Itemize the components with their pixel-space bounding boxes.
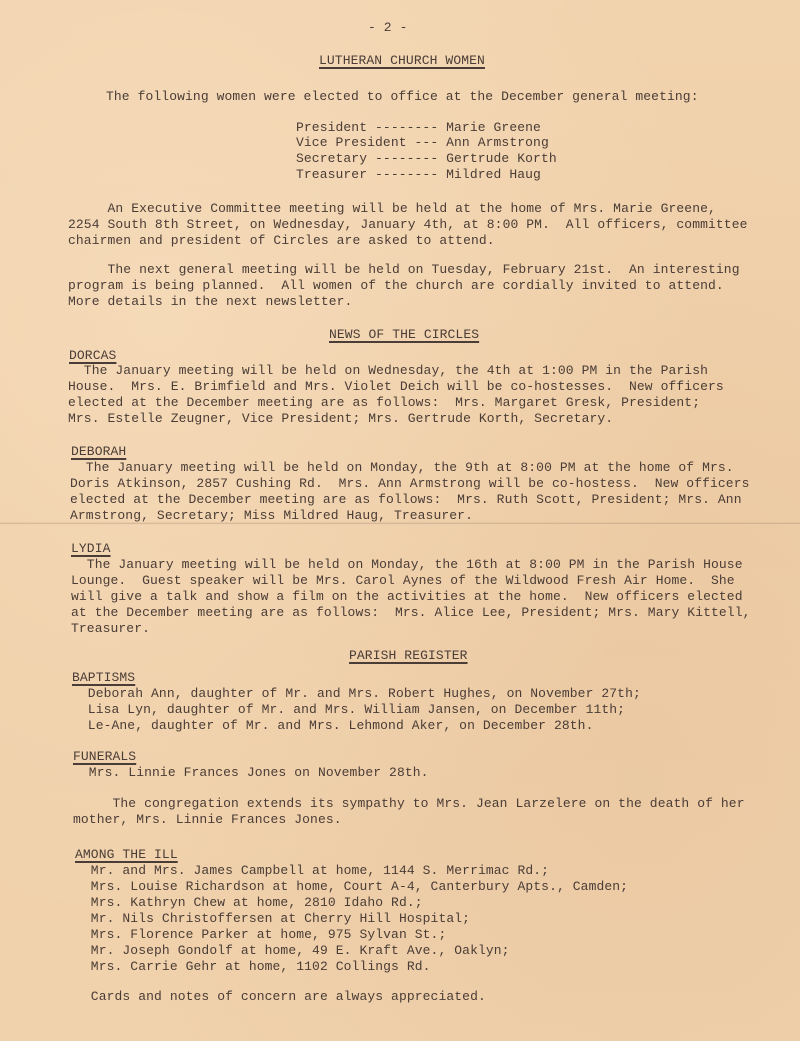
ill-line: Mrs. Louise Richardson at home, Court A-… [75, 878, 628, 895]
circle-heading: LYDIA [71, 540, 111, 557]
circle-heading: DEBORAH [71, 443, 126, 460]
circle-line: The January meeting will be held on Wedn… [68, 362, 708, 379]
circle-line: at the December meeting are as follows: … [71, 604, 751, 621]
closing-line: Cards and notes of concern are always ap… [75, 988, 486, 1005]
section-title-lcw: LUTHERAN CHURCH WOMEN [319, 52, 485, 69]
paragraph-line: program is being planned. All women of t… [68, 277, 724, 294]
circle-line: Armstrong, Secretary; Miss Mildred Haug,… [70, 507, 473, 524]
circle-line: will give a talk and show a film on the … [71, 588, 743, 605]
sympathy-line: mother, Mrs. Linnie Frances Jones. [73, 811, 342, 828]
officer-line: Vice President --- Ann Armstrong [296, 134, 549, 151]
ill-line: Mrs. Kathryn Chew at home, 2810 Idaho Rd… [75, 894, 423, 911]
ill-line: Mr. Joseph Gondolf at home, 49 E. Kraft … [75, 942, 510, 959]
paragraph-line: An Executive Committee meeting will be h… [68, 200, 716, 217]
page-number: - 2 - [368, 19, 408, 36]
baptisms-heading: BAPTISMS [72, 669, 135, 686]
circle-line: Treasurer. [71, 620, 150, 637]
officer-line: Secretary -------- Gertrude Korth [296, 150, 557, 167]
section-title-register: PARISH REGISTER [349, 647, 468, 664]
baptism-line: Lisa Lyn, daughter of Mr. and Mrs. Willi… [72, 701, 625, 718]
paragraph-line: chairmen and president of Circles are as… [68, 232, 495, 249]
ill-line: Mrs. Carrie Gehr at home, 1102 Collings … [75, 958, 431, 975]
lcw-intro: The following women were elected to offi… [106, 88, 699, 105]
officer-line: Treasurer -------- Mildred Haug [296, 166, 541, 183]
funerals-heading: FUNERALS [73, 748, 136, 765]
circle-line: Doris Atkinson, 2857 Cushing Rd. Mrs. An… [70, 475, 750, 492]
sympathy-line: The congregation extends its sympathy to… [73, 795, 745, 812]
circle-line: elected at the December meeting are as f… [68, 394, 700, 411]
paragraph-line: More details in the next newsletter. [68, 293, 352, 310]
paragraph-line: 2254 South 8th Street, on Wednesday, Jan… [68, 216, 748, 233]
ill-line: Mrs. Florence Parker at home, 975 Sylvan… [75, 926, 446, 943]
baptism-line: Deborah Ann, daughter of Mr. and Mrs. Ro… [72, 685, 641, 702]
circle-line: The January meeting will be held on Mond… [71, 556, 743, 573]
ill-line: Mr. Nils Christoffersen at Cherry Hill H… [75, 910, 470, 927]
circle-line: House. Mrs. E. Brimfield and Mrs. Violet… [68, 378, 724, 395]
circle-line: elected at the December meeting are as f… [70, 491, 742, 508]
circle-line: The January meeting will be held on Mond… [70, 459, 734, 476]
circle-line: Lounge. Guest speaker will be Mrs. Carol… [71, 572, 735, 589]
ill-heading: AMONG THE ILL [75, 846, 178, 863]
ill-line: Mr. and Mrs. James Campbell at home, 114… [75, 862, 549, 879]
paragraph-line: The next general meeting will be held on… [68, 261, 740, 278]
circle-line: Mrs. Estelle Zeugner, Vice President; Mr… [68, 410, 613, 427]
baptism-line: Le-Ane, daughter of Mr. and Mrs. Lehmond… [72, 717, 593, 734]
funeral-line: Mrs. Linnie Frances Jones on November 28… [73, 764, 429, 781]
section-title-circles: NEWS OF THE CIRCLES [329, 326, 479, 343]
